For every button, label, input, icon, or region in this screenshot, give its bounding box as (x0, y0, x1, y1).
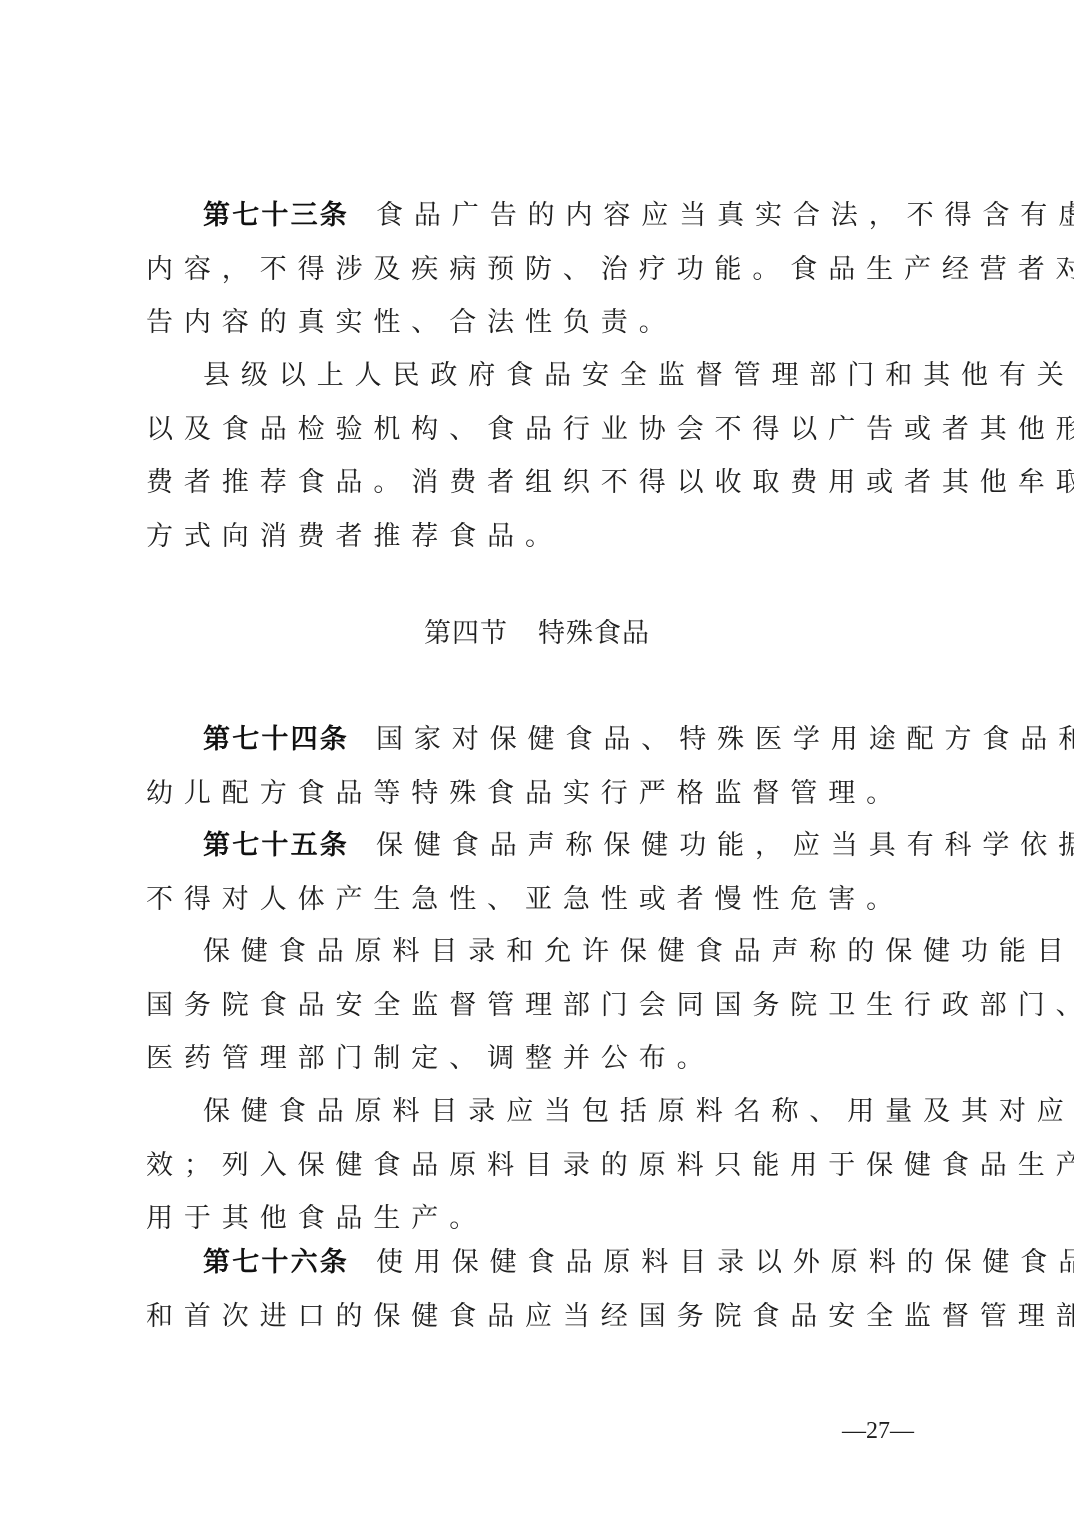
article-73-paragraph-2: 县级以上人民政府食品安全监督管理部门和其他有关部门 以及食品检验机构、食品行业协… (146, 349, 942, 563)
paragraph-line: 不得对人体产生急性、亚急性或者慢性危害。 (146, 873, 942, 927)
article-number: 第七十六条 (203, 1247, 349, 1278)
paragraph-line: 方式向消费者推荐食品。 (146, 510, 942, 564)
document-page: 第七十三条食品广告的内容应当真实合法，不得含有虚假 内容，不得涉及疾病预防、治疗… (0, 0, 1074, 1520)
paragraph-line: 第七十五条保健食品声称保健功能，应当具有科学依据， (146, 819, 942, 873)
paragraph-line: 以及食品检验机构、食品行业协会不得以广告或者其他形式向消 (146, 403, 942, 457)
page-number: —27— (842, 1418, 914, 1445)
paragraph-line: 内容，不得涉及疾病预防、治疗功能。食品生产经营者对食品广 (146, 243, 942, 297)
article-number: 第七十五条 (203, 830, 349, 861)
paragraph-line: 告内容的真实性、合法性负责。 (146, 296, 942, 350)
paragraph-line: 第七十六条使用保健食品原料目录以外原料的保健食品 (146, 1236, 942, 1290)
line-text: 保健食品声称保健功能，应当具有科学依据， (376, 830, 1074, 861)
paragraph-line: 和首次进口的保健食品应当经国务院食品安全监督管理部门注 (146, 1290, 942, 1344)
paragraph-line: 保健食品原料目录和允许保健食品声称的保健功能目录，由 (146, 925, 942, 979)
line-text: 食品广告的内容应当真实合法，不得含有虚假 (376, 200, 1074, 231)
article-75-paragraph-1: 第七十五条保健食品声称保健功能，应当具有科学依据， 不得对人体产生急性、亚急性或… (146, 819, 942, 926)
article-74: 第七十四条国家对保健食品、特殊医学用途配方食品和婴 幼儿配方食品等特殊食品实行严… (146, 713, 942, 820)
article-76: 第七十六条使用保健食品原料目录以外原料的保健食品 和首次进口的保健食品应当经国务… (146, 1236, 942, 1343)
paragraph-line: 国务院食品安全监督管理部门会同国务院卫生行政部门、国家中 (146, 979, 942, 1033)
line-text: 国家对保健食品、特殊医学用途配方食品和婴 (376, 724, 1074, 755)
paragraph-line: 县级以上人民政府食品安全监督管理部门和其他有关部门 (146, 349, 942, 403)
section-number: 第四节 (424, 618, 508, 649)
paragraph-line: 费者推荐食品。消费者组织不得以收取费用或者其他牟取利益的 (146, 456, 942, 510)
article-75-paragraph-2: 保健食品原料目录和允许保健食品声称的保健功能目录，由 国务院食品安全监督管理部门… (146, 925, 942, 1086)
paragraph-line: 医药管理部门制定、调整并公布。 (146, 1032, 942, 1086)
paragraph-line: 效；列入保健食品原料目录的原料只能用于保健食品生产，不得 (146, 1139, 942, 1193)
paragraph-line: 幼儿配方食品等特殊食品实行严格监督管理。 (146, 767, 942, 821)
article-number: 第七十三条 (203, 200, 349, 231)
article-75-paragraph-3: 保健食品原料目录应当包括原料名称、用量及其对应的功 效；列入保健食品原料目录的原… (146, 1085, 942, 1246)
article-number: 第七十四条 (203, 724, 349, 755)
section-heading: 第四节特殊食品 (0, 612, 1074, 656)
section-title: 特殊食品 (538, 618, 650, 649)
paragraph-line: 第七十三条食品广告的内容应当真实合法，不得含有虚假 (146, 189, 942, 243)
article-73-paragraph-1: 第七十三条食品广告的内容应当真实合法，不得含有虚假 内容，不得涉及疾病预防、治疗… (146, 189, 942, 350)
line-text: 使用保健食品原料目录以外原料的保健食品 (376, 1247, 1074, 1278)
paragraph-line: 保健食品原料目录应当包括原料名称、用量及其对应的功 (146, 1085, 942, 1139)
paragraph-line: 第七十四条国家对保健食品、特殊医学用途配方食品和婴 (146, 713, 942, 767)
